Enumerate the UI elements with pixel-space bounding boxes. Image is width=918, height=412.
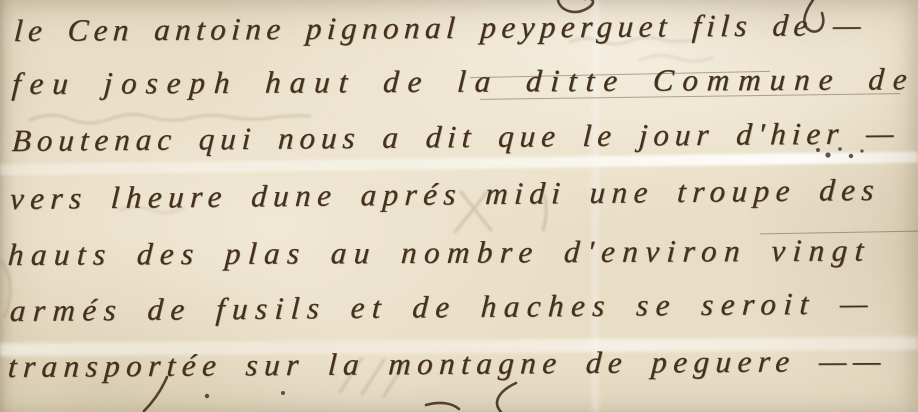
manuscript-line-6: armés de fusils et de haches se seroit — [9,285,876,329]
manuscript-page: le Cen antoine pignonal peyperguet fils … [0,0,918,412]
manuscript-line-5: hauts des plas au nombre d'environ vingt [7,232,872,273]
manuscript-line-4: vers lheure dune aprés midi une troupe d… [9,172,881,217]
bottom-edge-open-curve [497,383,516,412]
manuscript-line-2: feu joseph haut de la ditte Commune de [11,61,917,102]
bottom-edge-tail-stroke [426,403,459,409]
manuscript-line-1: le Cen antoine pignonal peyperguet fils … [13,7,867,49]
manuscript-line-3: Boutenac qui nous a dit que le jour d'hi… [11,115,901,159]
manuscript-line-7: transportée sur la montagne de peguere —… [7,343,888,385]
